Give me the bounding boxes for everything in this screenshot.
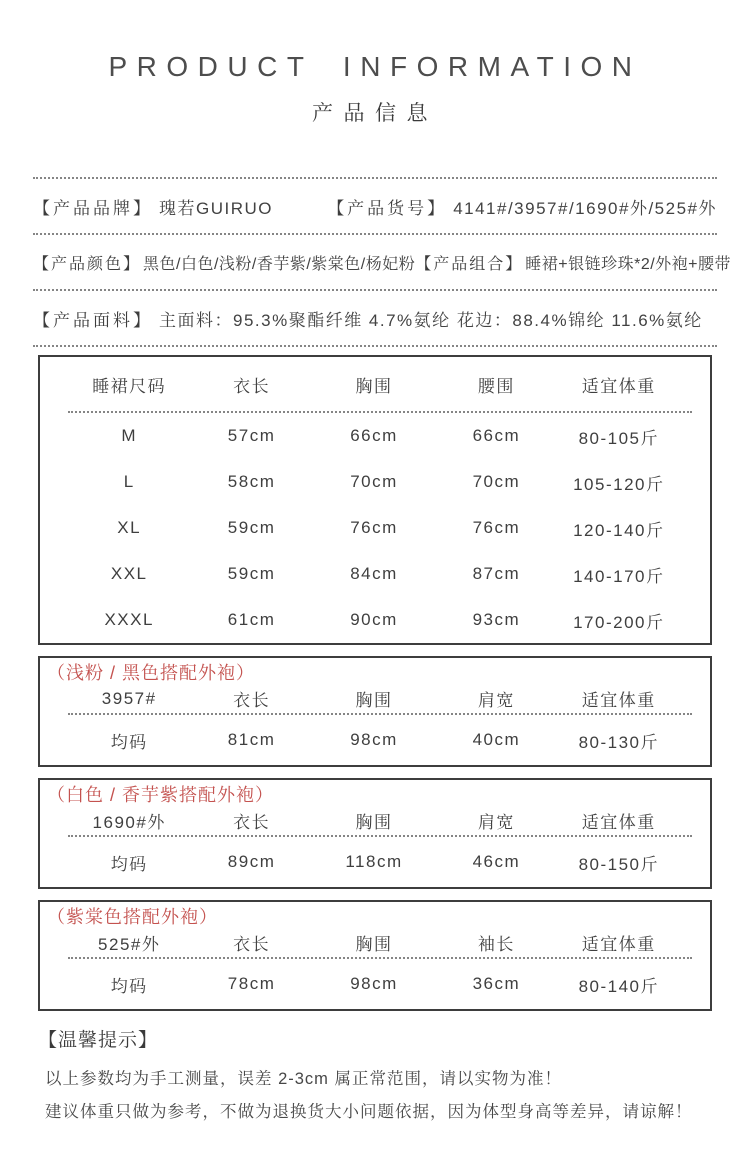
bust-cell: 90cm — [313, 610, 435, 630]
sku-pair: 【产品货号】4141#/3957#/1690#外/525#外 — [327, 194, 717, 219]
bust-cell: 70cm — [313, 472, 435, 492]
table-row: M 57cm 66cm 66cm 80-105斤 — [68, 413, 680, 459]
size-table-nightgown: 睡裙尺码 衣长 胸围 腰围 适宜体重 M 57cm 66cm 66cm 80-1… — [38, 355, 712, 645]
sku-label: 【产品货号】 — [327, 199, 447, 218]
size-cell: XXXL — [68, 610, 190, 630]
bust-cell: 76cm — [313, 518, 435, 538]
table-header-row: 1690#外 衣长 胸围 肩宽 适宜体重 — [68, 806, 680, 835]
size-cell: 均码 — [68, 972, 190, 997]
size-cell: XXL — [68, 564, 190, 584]
length-cell: 89cm — [190, 852, 312, 872]
column-header: 适宜体重 — [558, 686, 680, 711]
size-tables: 睡裙尺码 衣长 胸围 腰围 适宜体重 M 57cm 66cm 66cm 80-1… — [38, 355, 712, 1011]
column-header: 胸围 — [313, 372, 435, 397]
fabric-value: 主面料：95.3%聚酯纤维 4.7%氨纶 花边：88.4%锦纶 11.6%氨纶 — [159, 311, 703, 330]
length-cell: 78cm — [190, 974, 312, 994]
column-header: 肩宽 — [435, 808, 557, 833]
size-table-robe-white-purple: （白色 / 香芋紫搭配外袍） 1690#外 衣长 胸围 肩宽 适宜体重 均码 8… — [38, 778, 712, 889]
fabric-pair: 【产品面料】主面料：95.3%聚酯纤维 4.7%氨纶 花边：88.4%锦纶 11… — [33, 306, 703, 331]
column-header: 腰围 — [435, 372, 557, 397]
combo-pair: 【产品组合】睡裙+银链珍珠*2/外袍+腰带 — [415, 251, 731, 274]
combo-label: 【产品组合】 — [415, 256, 523, 273]
size-table-robe-pink-black: （浅粉 / 黑色搭配外袍） 3957# 衣长 胸围 肩宽 适宜体重 均码 81c… — [38, 656, 712, 767]
sku-value: 4141#/3957#/1690#外/525#外 — [453, 199, 717, 218]
length-cell: 81cm — [190, 730, 312, 750]
column-header: 衣长 — [190, 930, 312, 955]
table-color-label: （紫棠色搭配外袍） — [40, 902, 710, 928]
brand-pair: 【产品品牌】瑰若GUIRUO — [33, 194, 273, 219]
shoulder-cell: 46cm — [435, 852, 557, 872]
column-header: 525#外 — [68, 930, 190, 955]
page-title: PRODUCT INFORMATION — [0, 50, 750, 84]
length-cell: 61cm — [190, 610, 312, 630]
length-cell: 59cm — [190, 518, 312, 538]
table-header-row: 3957# 衣长 胸围 肩宽 适宜体重 — [68, 684, 680, 713]
warm-tips-header: 【温馨提示】 — [38, 1029, 712, 1053]
weight-cell: 105-120斤 — [558, 470, 680, 495]
dotted-divider — [33, 345, 717, 347]
table-color-label: （浅粉 / 黑色搭配外袍） — [40, 658, 710, 684]
weight-cell: 80-105斤 — [558, 424, 680, 449]
page-subtitle: 产品信息 — [0, 101, 750, 127]
table-row: 均码 89cm 118cm 46cm 80-150斤 — [68, 837, 680, 887]
tip-line: 以上参数均为手工测量，误差 2-3cm 属正常范围，请以实物为准！ — [45, 1067, 712, 1091]
size-cell: 均码 — [68, 850, 190, 875]
column-header: 睡裙尺码 — [68, 372, 190, 397]
size-cell: L — [68, 472, 190, 492]
bust-cell: 84cm — [313, 564, 435, 584]
length-cell: 59cm — [190, 564, 312, 584]
table-row: 均码 81cm 98cm 40cm 80-130斤 — [68, 715, 680, 765]
length-cell: 57cm — [190, 426, 312, 446]
size-cell: XL — [68, 518, 190, 538]
column-header: 肩宽 — [435, 686, 557, 711]
column-header: 衣长 — [190, 808, 312, 833]
column-header: 3957# — [68, 689, 190, 709]
bust-cell: 118cm — [313, 852, 435, 872]
weight-cell: 80-150斤 — [558, 850, 680, 875]
waist-cell: 70cm — [435, 472, 557, 492]
table-row: 均码 78cm 98cm 36cm 80-140斤 — [68, 959, 680, 1009]
waist-cell: 76cm — [435, 518, 557, 538]
warm-tips: 【温馨提示】 以上参数均为手工测量，误差 2-3cm 属正常范围，请以实物为准！… — [38, 1029, 712, 1124]
column-header: 胸围 — [313, 808, 435, 833]
weight-cell: 170-200斤 — [558, 608, 680, 633]
combo-value: 睡裙+银链珍珠*2/外袍+腰带 — [525, 256, 731, 273]
tip-line: 建议体重只做为参考，不做为退换货大小问题依据，因为体型身高等差异，请谅解！ — [45, 1100, 712, 1124]
table-row: XXL 59cm 84cm 87cm 140-170斤 — [68, 551, 680, 597]
color-combo-row: 【产品颜色】黑色/白色/浅粉/香芋紫/紫棠色/杨妃粉 【产品组合】睡裙+银链珍珠… — [33, 235, 717, 289]
bust-cell: 66cm — [313, 426, 435, 446]
size-cell: 均码 — [68, 728, 190, 753]
product-info-page: PRODUCT INFORMATION 产品信息 【产品品牌】瑰若GUIRUO … — [0, 0, 750, 1124]
table-color-label: （白色 / 香芋紫搭配外袍） — [40, 780, 710, 806]
table-row: XL 59cm 76cm 76cm 120-140斤 — [68, 505, 680, 551]
column-header: 适宜体重 — [558, 808, 680, 833]
length-cell: 58cm — [190, 472, 312, 492]
waist-cell: 66cm — [435, 426, 557, 446]
weight-cell: 120-140斤 — [558, 516, 680, 541]
weight-cell: 140-170斤 — [558, 562, 680, 587]
product-attributes: 【产品品牌】瑰若GUIRUO 【产品货号】4141#/3957#/1690#外/… — [33, 177, 717, 347]
brand-value: 瑰若GUIRUO — [159, 199, 273, 218]
color-pair: 【产品颜色】黑色/白色/浅粉/香芋紫/紫棠色/杨妃粉 — [33, 251, 415, 274]
column-header: 适宜体重 — [558, 372, 680, 397]
weight-cell: 80-140斤 — [558, 972, 680, 997]
table-header-row: 睡裙尺码 衣长 胸围 腰围 适宜体重 — [68, 357, 680, 411]
waist-cell: 87cm — [435, 564, 557, 584]
bust-cell: 98cm — [313, 730, 435, 750]
column-header: 袖长 — [435, 930, 557, 955]
column-header: 1690#外 — [68, 808, 190, 833]
table-header-row: 525#外 衣长 胸围 袖长 适宜体重 — [68, 928, 680, 957]
sleeve-cell: 36cm — [435, 974, 557, 994]
size-table-robe-purple: （紫棠色搭配外袍） 525#外 衣长 胸围 袖长 适宜体重 均码 78cm 98… — [38, 900, 712, 1011]
table-row: XXXL 61cm 90cm 93cm 170-200斤 — [68, 597, 680, 643]
column-header: 衣长 — [190, 686, 312, 711]
fabric-label: 【产品面料】 — [33, 311, 153, 330]
table-row: L 58cm 70cm 70cm 105-120斤 — [68, 459, 680, 505]
color-label: 【产品颜色】 — [33, 256, 141, 273]
column-header: 适宜体重 — [558, 930, 680, 955]
weight-cell: 80-130斤 — [558, 728, 680, 753]
fabric-row: 【产品面料】主面料：95.3%聚酯纤维 4.7%氨纶 花边：88.4%锦纶 11… — [33, 291, 717, 345]
brand-label: 【产品品牌】 — [33, 199, 153, 218]
column-header: 胸围 — [313, 930, 435, 955]
size-cell: M — [68, 426, 190, 446]
column-header: 衣长 — [190, 372, 312, 397]
shoulder-cell: 40cm — [435, 730, 557, 750]
waist-cell: 93cm — [435, 610, 557, 630]
color-value: 黑色/白色/浅粉/香芋紫/紫棠色/杨妃粉 — [143, 256, 415, 273]
brand-sku-row: 【产品品牌】瑰若GUIRUO 【产品货号】4141#/3957#/1690#外/… — [33, 179, 717, 233]
column-header: 胸围 — [313, 686, 435, 711]
bust-cell: 98cm — [313, 974, 435, 994]
